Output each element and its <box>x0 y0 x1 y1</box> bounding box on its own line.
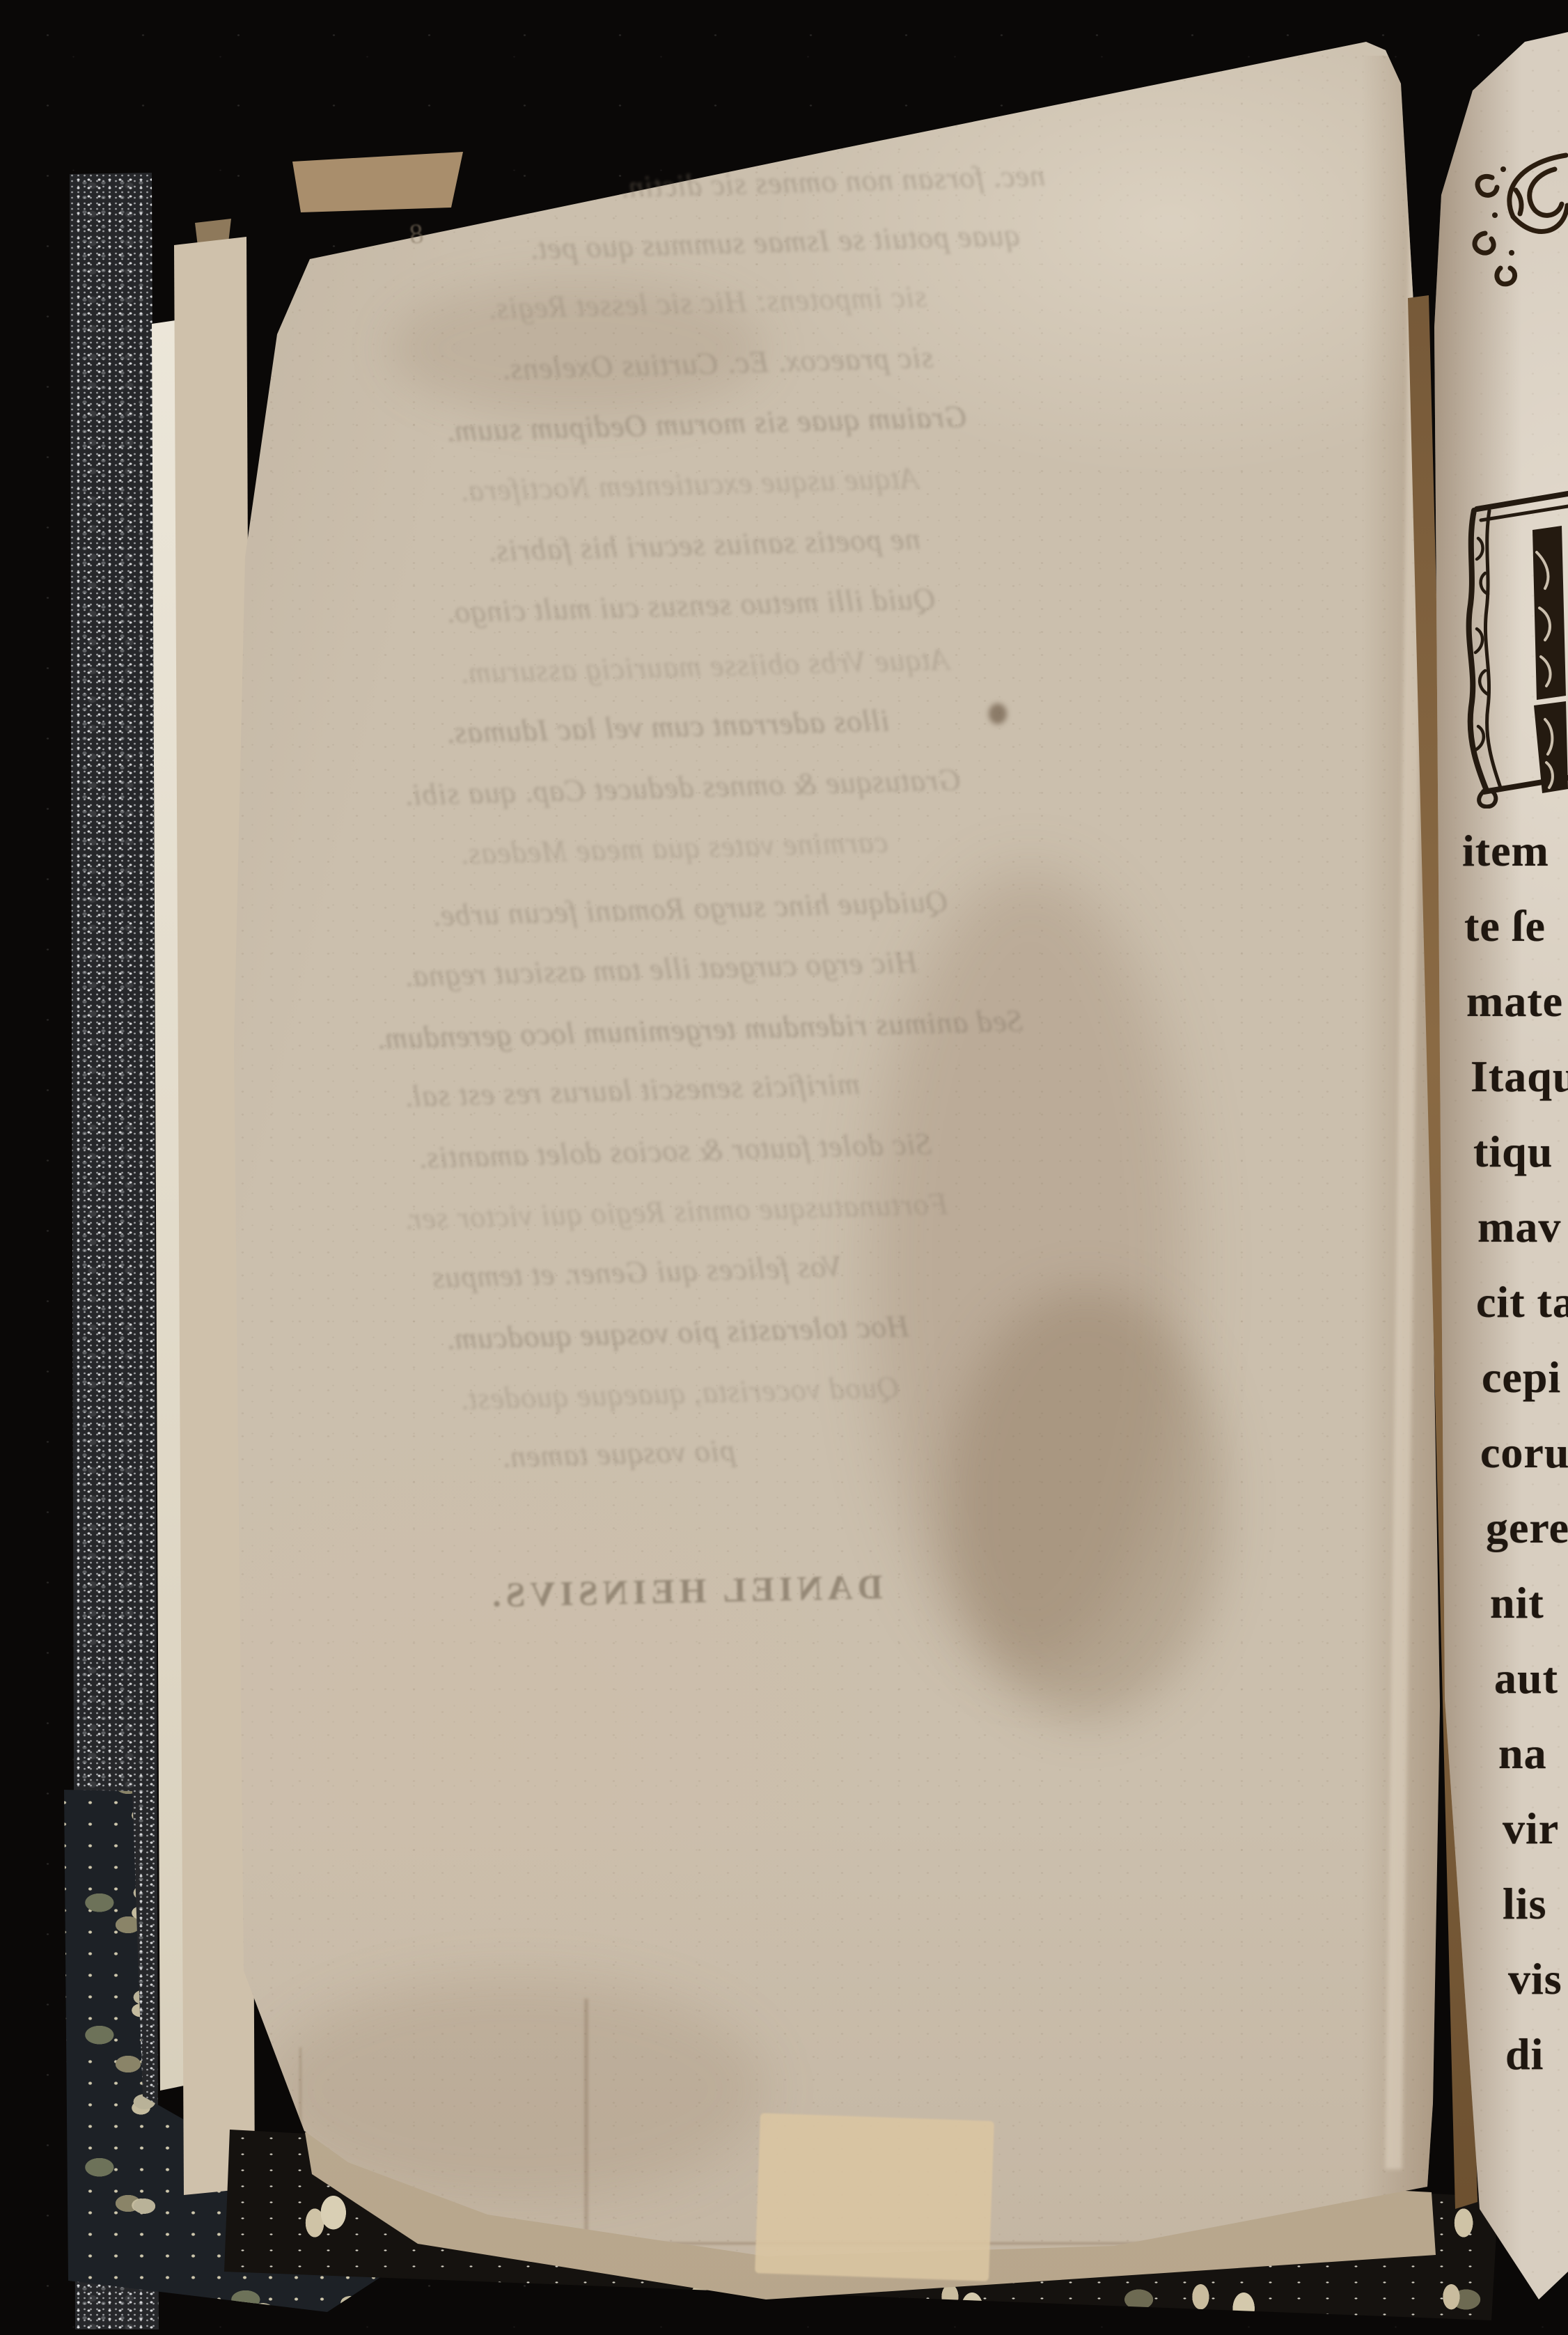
printed-line-fragment: gere <box>1486 1502 1568 1554</box>
photo-open-antique-book: nec. forsan non omnes sic dictin.quae po… <box>0 0 1568 2335</box>
printed-line-fragment: vis <box>1508 1953 1562 2005</box>
printed-line-fragment: mav <box>1477 1201 1561 1253</box>
printed-line-fragment: lis <box>1503 1878 1546 1930</box>
printed-line-fragment: te ſe <box>1464 900 1546 952</box>
printed-line-fragment: tiqu <box>1473 1126 1553 1178</box>
printed-line-fragment: na <box>1498 1728 1547 1779</box>
printed-line-fragment: di <box>1505 2029 1544 2080</box>
printed-line-fragment: mate <box>1466 976 1563 1027</box>
printed-line-fragment: vir <box>1503 1803 1559 1854</box>
printed-line-fragment: cepi <box>1482 1352 1561 1403</box>
printed-line-fragment: aut <box>1494 1653 1558 1704</box>
printed-line-fragment: Itaqu <box>1471 1051 1568 1102</box>
printed-text-fragments: itemte ſemateItaqutiqumavcit tacepicorug… <box>0 0 1568 2335</box>
printed-line-fragment: nit <box>1490 1577 1544 1629</box>
printed-line-fragment: cit ta <box>1476 1276 1568 1328</box>
printed-line-fragment: item <box>1462 825 1549 877</box>
printed-line-fragment: coru <box>1480 1427 1568 1478</box>
